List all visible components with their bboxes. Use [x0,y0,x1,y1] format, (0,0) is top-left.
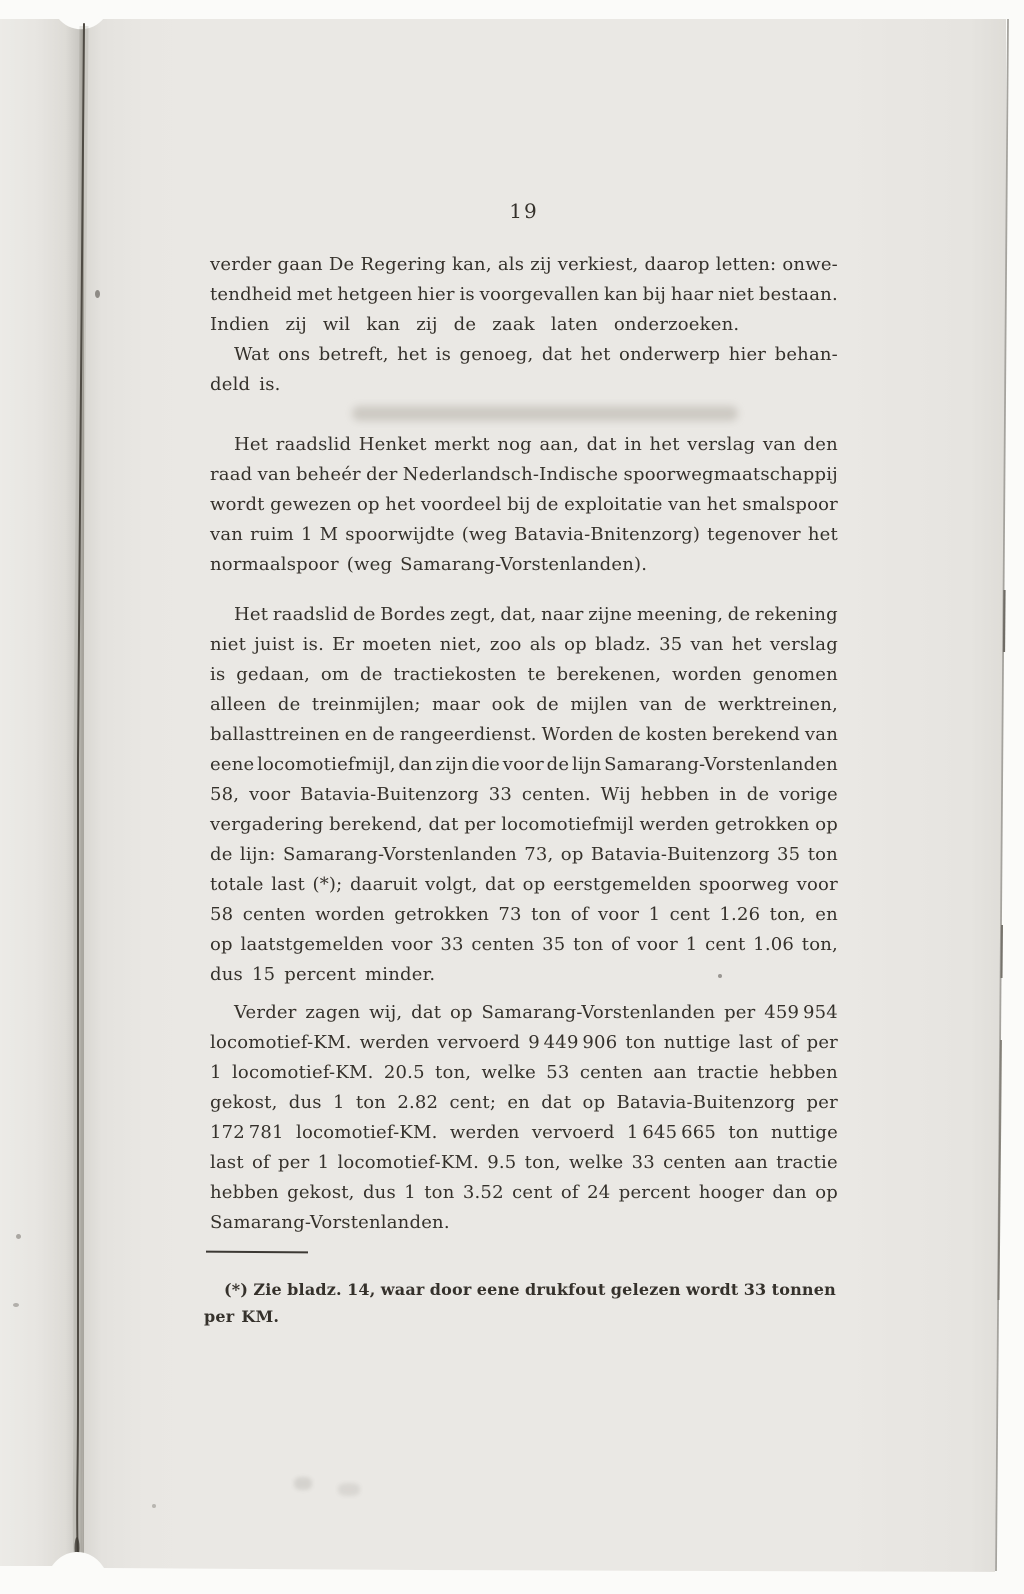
scanned-book-page: 19 verdergaanDeRegeringkan,alszijverkies… [0,0,1024,1594]
text-line: tendheidmethetgeenhierisvoorgevallenkanb… [210,280,838,310]
word: Samarang-Vorstenlanden [283,840,517,870]
text-block: 19 verdergaanDeRegeringkan,alszijverkies… [210,0,838,1594]
word: en [815,900,838,930]
word: last [210,1148,244,1178]
word: verslag [770,630,838,660]
word: Wij [601,780,631,810]
word: aan [734,1148,768,1178]
word: hebben [769,1058,838,1088]
word: genoeg, [460,340,534,370]
word: is [210,660,225,690]
word: spoorwegmaatschappij [624,460,838,490]
word: minder. [365,960,435,990]
word: juist [254,630,294,660]
word: maar [432,690,480,720]
word: ton [808,840,838,870]
text-line: ballasttreinenenderangeerdienst.Wordende… [210,720,838,750]
word: centen. [522,780,591,810]
scan-smudge [294,1477,312,1490]
word: daaruit [350,870,418,900]
word: voor [598,900,639,930]
word: totale [210,870,264,900]
word: van [805,720,838,750]
page-number: 19 [210,199,838,223]
text-line: lastofper1locomotief-KM.9.5ton,welke33ce… [210,1148,838,1178]
word: het [808,520,838,550]
word: voorgevallen [480,280,600,310]
word: werden [640,810,710,840]
word: voor [249,780,290,810]
word: der [366,460,397,490]
word: of [252,1148,270,1178]
word: 33 [489,780,512,810]
text-line: delijn:Samarang-Vorstenlanden73,opBatavi… [210,840,838,870]
word: werden [360,1028,430,1058]
word: 3.52 [463,1178,504,1208]
text-line: 58centenwordengetrokken73tonofvoor1cent1… [210,900,838,930]
word: op [815,810,838,840]
word: is [459,280,474,310]
adjacent-page-strip [0,18,84,1570]
word: naar [541,600,583,630]
word: 58, [210,780,239,810]
word: wil [323,310,351,340]
text-line: gekost,dus1ton2.82cent;endatopBatavia-Bu… [210,1088,838,1118]
word: 1.26 [719,900,760,930]
word: bij [507,490,530,520]
word: Er [332,630,354,660]
word: is. [303,630,324,660]
word: niet [718,280,754,310]
word: volgt, [425,870,477,900]
text-line: oplaatstgemeldenvoor33centen35tonofvoor1… [210,930,838,960]
word: daarop [645,250,710,280]
word: ton, [770,900,806,930]
word: cent [670,900,710,930]
word: hooger [699,1178,764,1208]
word: dat [587,430,617,460]
word: zij [416,310,437,340]
word: zij [285,310,306,340]
word: centen [471,930,534,960]
word: 172 781 [210,1118,284,1148]
word: locomotief-KM. [210,1028,352,1058]
word: behan- [775,340,838,370]
word: of [561,1178,579,1208]
word: als [498,250,524,280]
word: werden [450,1118,520,1148]
word: voordeel [421,490,502,520]
word: ton, [435,1058,471,1088]
word: eene [477,1276,520,1303]
paragraph: HetraadslidHenketmerktnogaan,datinhetver… [210,430,838,580]
word: centen [580,1058,643,1088]
word: laten [551,310,598,340]
word: als [530,630,556,660]
paragraph: HetraadsliddeBordeszegt,dat,naarzijnemee… [210,600,838,990]
word: ton [728,1118,758,1148]
word: de [728,600,751,630]
word: en [345,720,368,750]
word: of [611,930,629,960]
word: tegenover [707,520,801,550]
word: Het [234,600,268,630]
word: de [454,310,477,340]
word: wij, [369,998,402,1028]
word: cent [512,1178,552,1208]
word: op [583,1088,606,1118]
text-line: normaalspoor(wegSamarang-Vorstenlanden). [210,550,838,580]
word: hebben [641,780,710,810]
text-line: 172 781locomotief-KM.werdenvervoerd1 645… [210,1118,838,1148]
word: ballasttreinen [210,720,340,750]
word: dat [541,1088,571,1118]
text-line: raadvanbeheérderNederlandsch-Indischespo… [210,460,838,490]
word: Samarang-Vorstenlanden [604,750,838,780]
word: 35 [659,630,682,660]
word: gekost, [210,1088,278,1118]
scan-speck [265,352,268,355]
word: zaak [492,310,535,340]
word: 1 [301,520,313,550]
word: waar [381,1276,425,1303]
word: locomotief-KM. [232,1058,374,1088]
word: ton [356,1088,386,1118]
word: kosten [646,720,708,750]
word: het [397,340,427,370]
word: het [707,490,737,520]
text-line: vergaderingberekend,datperlocomotiefmijl… [210,810,838,840]
word: 2.82 [397,1088,438,1118]
word: haar [671,280,713,310]
text-line: HetraadslidHenketmerktnogaan,datinhetver… [210,430,838,460]
word: meening, [637,600,723,630]
word: hetgeen [337,280,412,310]
text-line: eenelocomotiefmijl,danzijndievoordelijnS… [210,750,838,780]
word: voor [391,930,432,960]
word: tendheid [210,280,292,310]
word: beheér [296,460,361,490]
text-line: Samarang-Vorstenlanden. [210,1208,838,1238]
word: het [650,430,680,460]
word: spoorwijdte [345,520,454,550]
word: 73, [524,840,553,870]
word: eerstgemelden [553,870,691,900]
word: lijn: [240,840,276,870]
word: niet, [440,630,482,660]
text-line: alleendetreinmijlen;maarookdemijlenvande… [210,690,838,720]
word: drukfout [525,1276,606,1303]
word: en [507,1088,530,1118]
word: 1 [333,1088,345,1118]
word: locomotiefmijl, [257,750,396,780]
word: tractie [776,1148,838,1178]
text-line: (*)Ziebladz.14,waardooreenedrukfoutgelez… [204,1276,836,1303]
word: de [278,690,301,720]
word: Bordes [380,600,445,630]
word: onwe- [782,250,838,280]
word: van [258,460,291,490]
word: mijlen [570,690,628,720]
word: dat [411,998,441,1028]
word: De [329,250,354,280]
word: verslag [687,430,755,460]
word: om [321,660,349,690]
word: zoo [490,630,522,660]
word: 1 [686,930,698,960]
word: Worden [542,720,614,750]
text-line: 1locomotief-KM.20.5ton,welke53centenaant… [210,1058,838,1088]
word: ruim [250,520,294,550]
word: op [561,840,584,870]
text-line: totalelast(*);daaruitvolgt,datopeerstgem… [210,870,838,900]
word: in [719,780,737,810]
scan-speck [95,290,100,298]
word: 35 [777,840,800,870]
paragraph: verdergaanDeRegeringkan,alszijverkiest,d… [210,250,838,340]
word: berekend [712,720,800,750]
paragraph: Watonsbetreft,hetisgenoeg,dathetonderwer… [210,340,838,400]
word: 1 645 665 [627,1118,716,1148]
word: of [781,1028,799,1058]
word: genomen [753,660,838,690]
word: Batavia-Buitenzorg [300,780,479,810]
word: laatstgemelden [240,930,383,960]
word: treinmijlen; [312,690,421,720]
word: rangeerdienst. [400,720,537,750]
word: de [353,600,376,630]
word: de [536,490,559,520]
word: locomotief-KM. [337,1148,479,1178]
word: centen [243,900,306,930]
text-line: Indienzijwilkanzijdezaaklatenonderzoeken… [210,310,838,340]
word: cent [705,930,745,960]
word: ton [573,930,603,960]
word: Batavia-Bnitenzorg) [514,520,700,550]
word: lijn [572,750,602,780]
word: vervoerd [437,1028,520,1058]
word: 53 [546,1058,569,1088]
word: den [804,430,838,460]
word: percent [284,960,356,990]
word: Zie [253,1276,282,1303]
word: bladz. [595,630,651,660]
word: door [430,1276,472,1303]
word: betreft, [319,340,389,370]
word: met [297,280,333,310]
text-line: Verderzagenwij,datopSamarang-Vorstenland… [210,998,838,1028]
word: cent; [449,1088,496,1118]
word: 1 [318,1148,330,1178]
text-line: deldis. [210,370,838,400]
word: letten: [716,250,777,280]
word: berekenen, [557,660,662,690]
word: de [684,690,707,720]
word: getrokken [394,900,489,930]
word: de [536,690,559,720]
word: 33 [632,1148,655,1178]
word: per [724,998,755,1028]
word: (weg [462,520,507,550]
word: bestaan. [759,280,838,310]
word: zijn [436,750,469,780]
word: 20.5 [384,1058,425,1088]
word: Samarang-Vorstenlanden). [400,550,647,580]
word: welke [482,1058,536,1088]
word: hier [729,340,766,370]
word: kan [366,310,400,340]
word: gewezen [270,490,351,520]
word: per [464,810,495,840]
word: van [763,430,796,460]
word: de [360,660,383,690]
word: getrokken [715,810,810,840]
word: tractie [697,1058,759,1088]
word: verkiest, [558,250,639,280]
word: zijne [588,600,632,630]
word: berekend, [329,810,423,840]
text-line: isgedaan,omdetractiekostenteberekenen,wo… [210,660,838,690]
word: gekost, [287,1178,355,1208]
word: hier [417,280,454,310]
word: zij [530,250,551,280]
word: Batavia-Buitenzorg [591,840,770,870]
word: ton [625,1028,655,1058]
word: vergadering [210,810,324,840]
scan-speck [16,1234,21,1239]
word: nuttige [771,1118,838,1148]
word: van [639,690,672,720]
text-line: verdergaanDeRegeringkan,alszijverkiest,d… [210,250,838,280]
word: Regering [360,250,445,280]
word: 58 [210,900,233,930]
word: deld [210,370,250,400]
word: nog [497,430,532,460]
word: tractiekosten [393,660,516,690]
word: van [210,520,243,550]
word: is [436,340,451,370]
word: normaalspoor [210,550,339,580]
word: spoorweg [699,870,789,900]
word: exploitatie [564,490,662,520]
word: dus [363,1178,396,1208]
word: onderzoeken. [614,310,739,340]
word: 1 [210,1058,222,1088]
word: ons [278,340,310,370]
word: op [523,870,546,900]
word: ton [531,900,561,930]
word: 459 954 [764,998,838,1028]
word: hebben [210,1178,279,1208]
word: op [357,490,380,520]
word: (weg [347,550,392,580]
word: dat, [500,600,536,630]
word: de [747,780,770,810]
word: Samarang-Vorstenlanden [481,998,715,1028]
word: centen [663,1148,726,1178]
text-line: perKM. [204,1303,836,1330]
word: dat [542,340,572,370]
word: moeten [362,630,431,660]
word: 73 [498,900,521,930]
word: Indien [210,310,269,340]
word: dan [772,1178,806,1208]
word: smalspoor [742,490,838,520]
word: is. [259,370,280,400]
word: de [547,750,570,780]
word: welke [569,1148,623,1178]
text-line: nietjuistis.Ermoetenniet,zooalsopbladz.3… [210,630,838,660]
word: per [204,1303,234,1330]
word: 33 [440,930,463,960]
word: wordt [686,1276,738,1303]
word: dus [289,1088,322,1118]
word: dan [398,750,432,780]
word: de [210,840,233,870]
word: 15 [252,960,275,990]
word: op [450,998,473,1028]
word: het [732,630,762,660]
word: per [807,1088,838,1118]
text-line: dus15percentminder. [210,960,838,990]
word: ton [424,1178,454,1208]
scan-smudge [338,1483,360,1496]
word: aan, [539,430,579,460]
word: nuttige [664,1028,731,1058]
scan-speck [718,974,722,978]
word: onderwerp [619,340,720,370]
word: 35 [542,930,565,960]
word: kan, [452,250,492,280]
word: last [271,870,305,900]
word: niet [210,630,246,660]
word: (*); [312,870,342,900]
word: last [739,1028,773,1058]
word: locomotief-KM. [296,1118,438,1148]
text-line: vanruim1Mspoorwijdte(wegBatavia-Bnitenzo… [210,520,838,550]
word: Wat [234,340,270,370]
word: verder [210,250,271,280]
word: merkt [434,430,489,460]
word: per [807,1028,838,1058]
word: de [372,720,395,750]
text-line: locomotief-KM.werdenvervoerd9 449 906ton… [210,1028,838,1058]
word: alleen [210,690,266,720]
word: per [278,1148,309,1178]
scan-speck [13,1303,19,1307]
word: aan [653,1058,687,1088]
text-line: HetraadsliddeBordeszegt,dat,naarzijnemee… [210,600,838,630]
word: op [564,630,587,660]
word: die [471,750,500,780]
word: eene [210,750,254,780]
word: Batavia-Buitenzorg [617,1088,796,1118]
word: (*) [224,1276,248,1303]
word: te [528,660,546,690]
word: gaan [277,250,322,280]
word: 1.06 [753,930,794,960]
word: gedaan, [236,660,310,690]
word: wordt [210,490,265,520]
word: 24 [587,1178,610,1208]
word: kan [604,280,638,310]
word: locomotiefmijl [501,810,634,840]
word: rekening [755,600,838,630]
word: 9 449 906 [528,1028,617,1058]
footnote: (*)Ziebladz.14,waardooreenedrukfoutgelez… [204,1276,836,1330]
word: van [668,490,701,520]
word: voor [797,870,838,900]
